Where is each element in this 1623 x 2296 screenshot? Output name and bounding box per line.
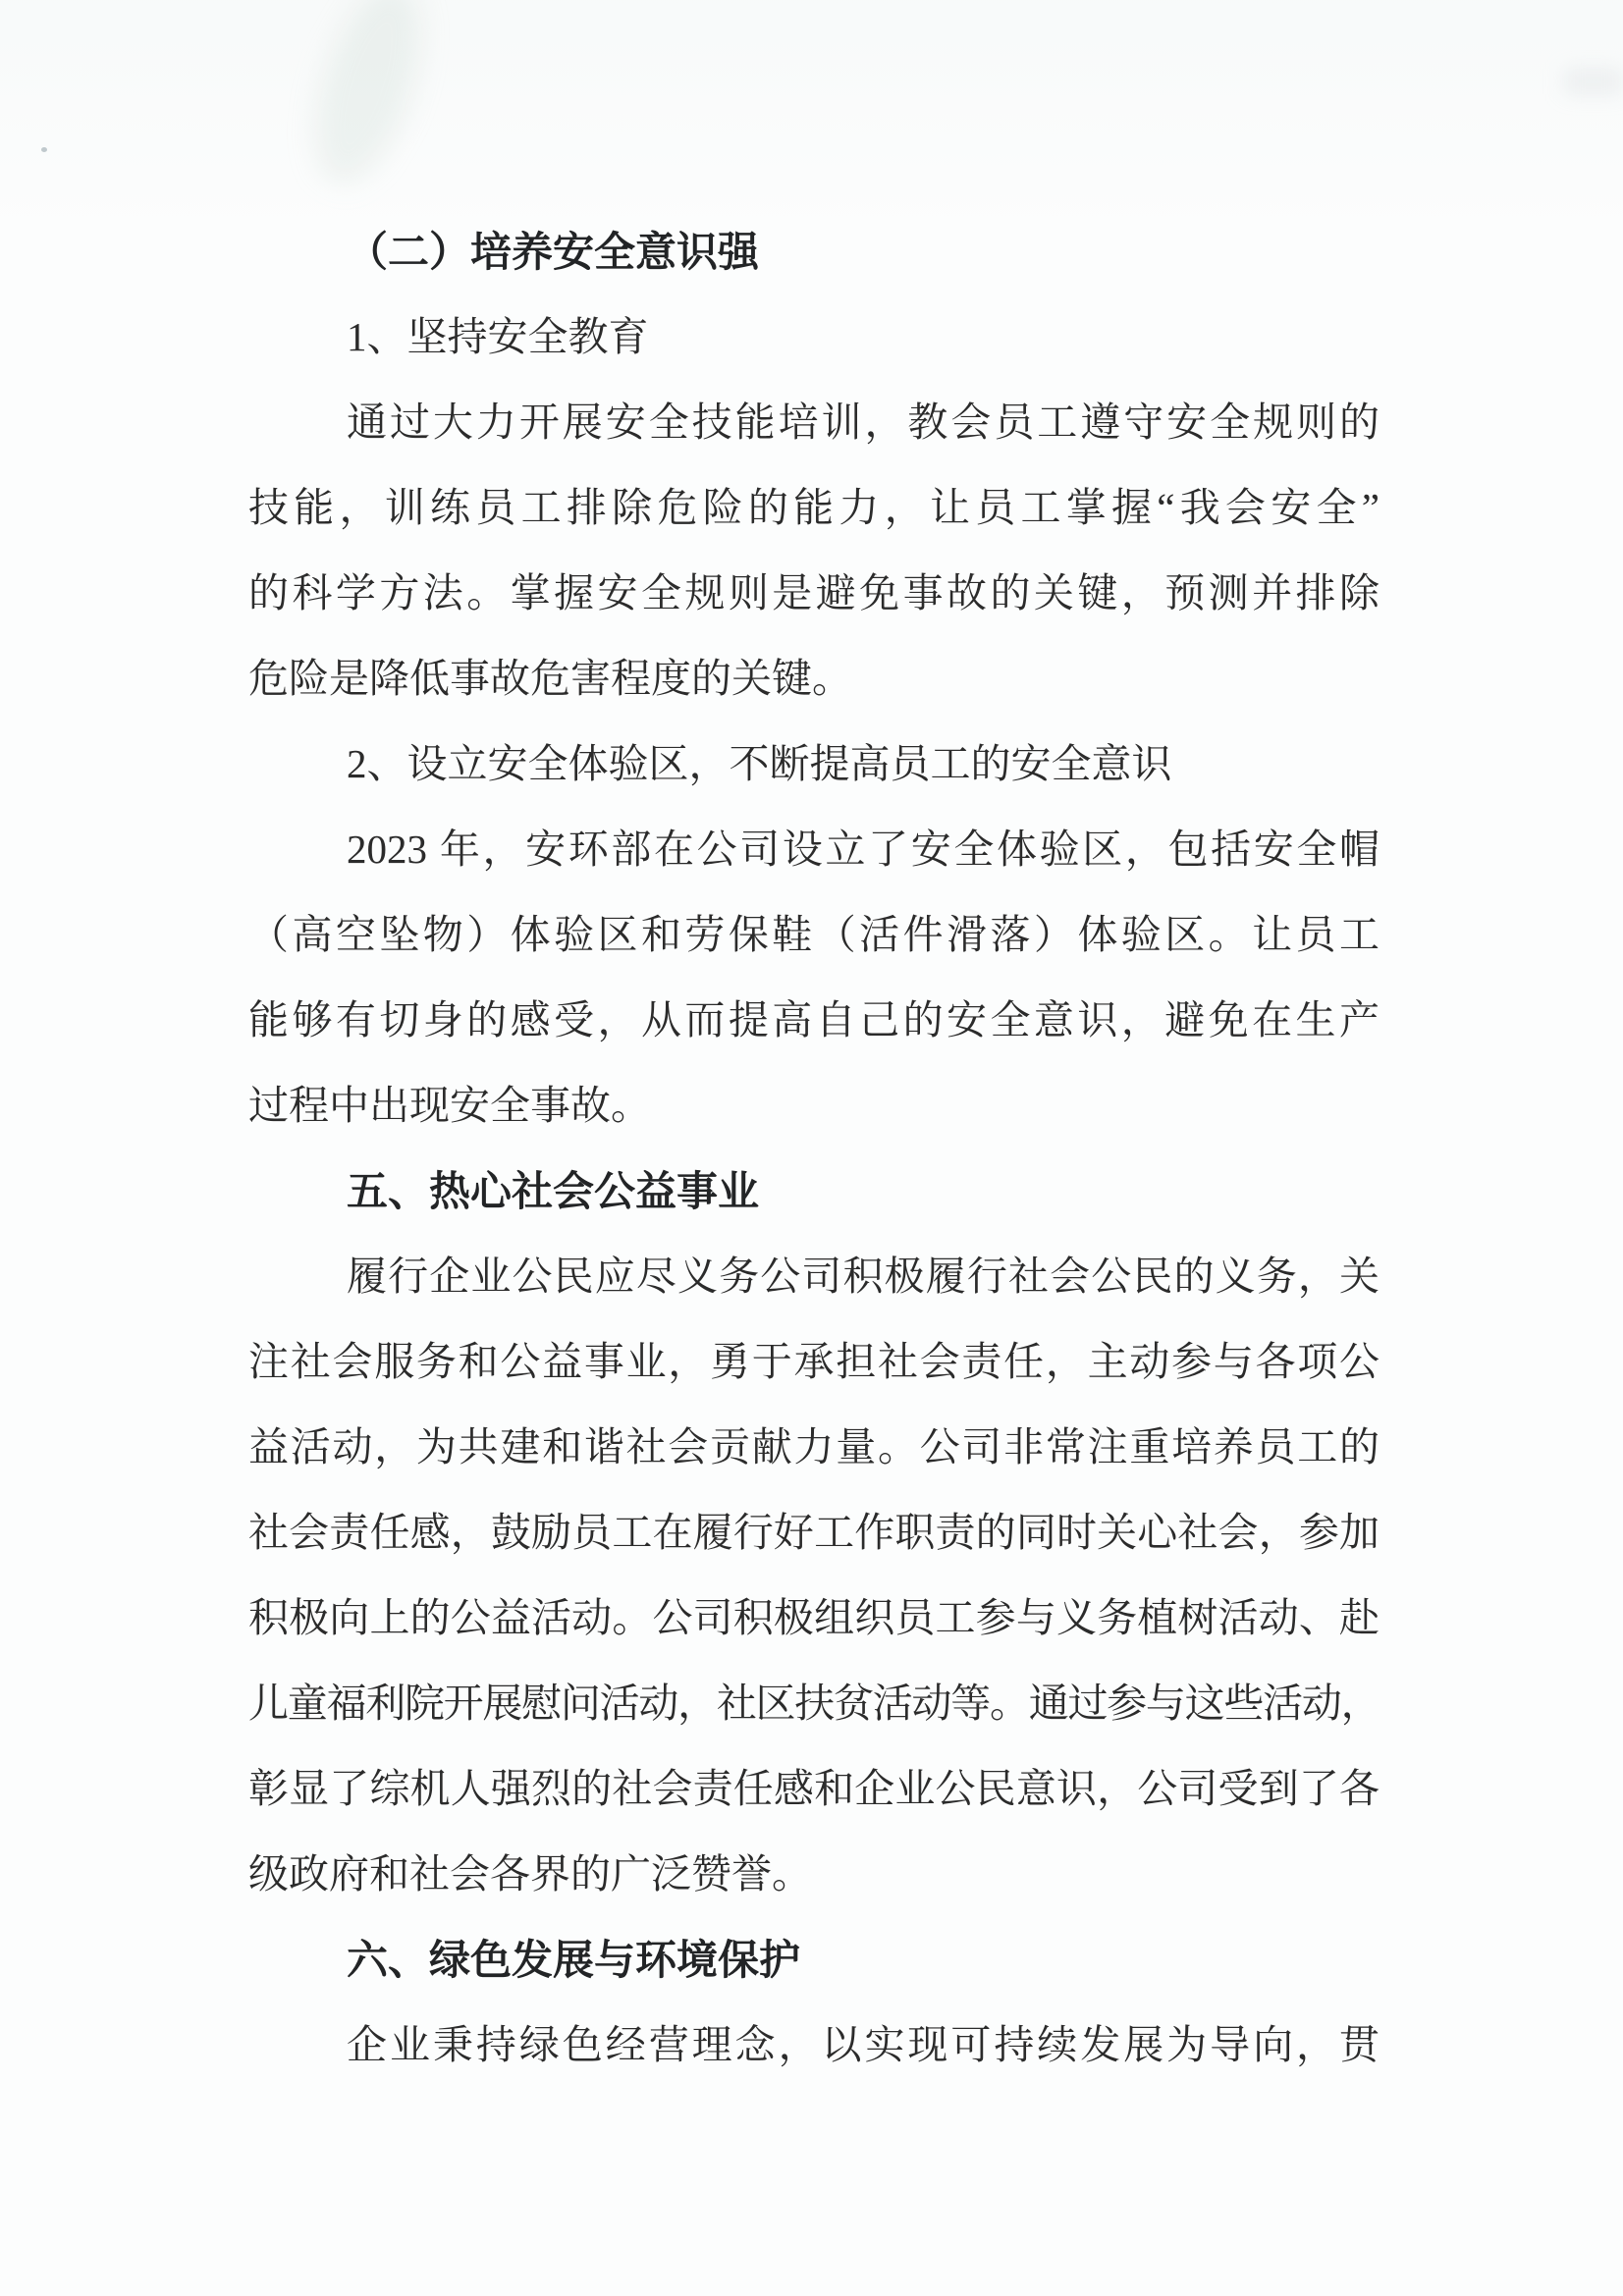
paragraph-line: （高空坠物）体验区和劳保鞋（活件滑落）体验区。让员工 (248, 892, 1380, 978)
paragraph-line: 履行企业公民应尽义务公司积极履行社会公民的义务，关 (248, 1234, 1380, 1319)
paragraph-line: 益活动，为共建和谐社会贡献力量。公司非常注重培养员工的 (248, 1405, 1380, 1490)
scanned-page: （二）培养安全意识强 1、坚持安全教育 通过大力开展安全技能培训，教会员工遵守安… (0, 0, 1623, 2296)
paragraph-line: 过程中出现安全事故。 (248, 1063, 1380, 1148)
paragraph-line: 社会责任感，鼓励员工在履行好工作职责的同时关心社会，参加 (248, 1490, 1380, 1575)
numbered-item-2: 2、设立安全体验区，不断提高员工的安全意识 (248, 721, 1380, 807)
paragraph-line: 通过大力开展安全技能培训，教会员工遵守安全规则的 (248, 380, 1380, 465)
scan-edge-artifact (1564, 69, 1623, 94)
paragraph-line: 彰显了综机人强烈的社会责任感和企业公民意识，公司受到了各 (248, 1746, 1380, 1832)
paragraph-line: 积极向上的公益活动。公司积极组织员工参与义务植树活动、赴 (248, 1575, 1380, 1661)
paragraph-line: 的科学方法。掌握安全规则是避免事故的关键，预测并排除 (248, 551, 1380, 636)
paragraph-line: 2023 年，安环部在公司设立了安全体验区，包括安全帽 (248, 807, 1380, 892)
paragraph-line: 注社会服务和公益事业，勇于承担社会责任，主动参与各项公 (248, 1319, 1380, 1405)
subsection-heading: （二）培养安全意识强 (248, 209, 1380, 294)
scan-smudge-artifact (295, 0, 442, 195)
document-text-block: （二）培养安全意识强 1、坚持安全教育 通过大力开展安全技能培训，教会员工遵守安… (248, 209, 1380, 2088)
paragraph-line: 儿童福利院开展慰问活动，社区扶贫活动等。通过参与这些活动， (248, 1661, 1380, 1746)
paragraph-line: 能够有切身的感受，从而提高自己的安全意识，避免在生产 (248, 978, 1380, 1063)
paragraph-line: 技能，训练员工排除危险的能力，让员工掌握“我会安全” (248, 465, 1380, 551)
paragraph-line: 企业秉持绿色经营理念，以实现可持续发展为导向，贯 (248, 2002, 1380, 2088)
section-heading-5: 五、热心社会公益事业 (248, 1148, 1380, 1234)
numbered-item-1: 1、坚持安全教育 (248, 294, 1380, 380)
section-heading-6: 六、绿色发展与环境保护 (248, 1917, 1380, 2002)
scan-dot-artifact (41, 147, 47, 152)
paragraph-line: 级政府和社会各界的广泛赞誉。 (248, 1832, 1380, 1917)
paragraph-line: 危险是降低事故危害程度的关键。 (248, 636, 1380, 721)
